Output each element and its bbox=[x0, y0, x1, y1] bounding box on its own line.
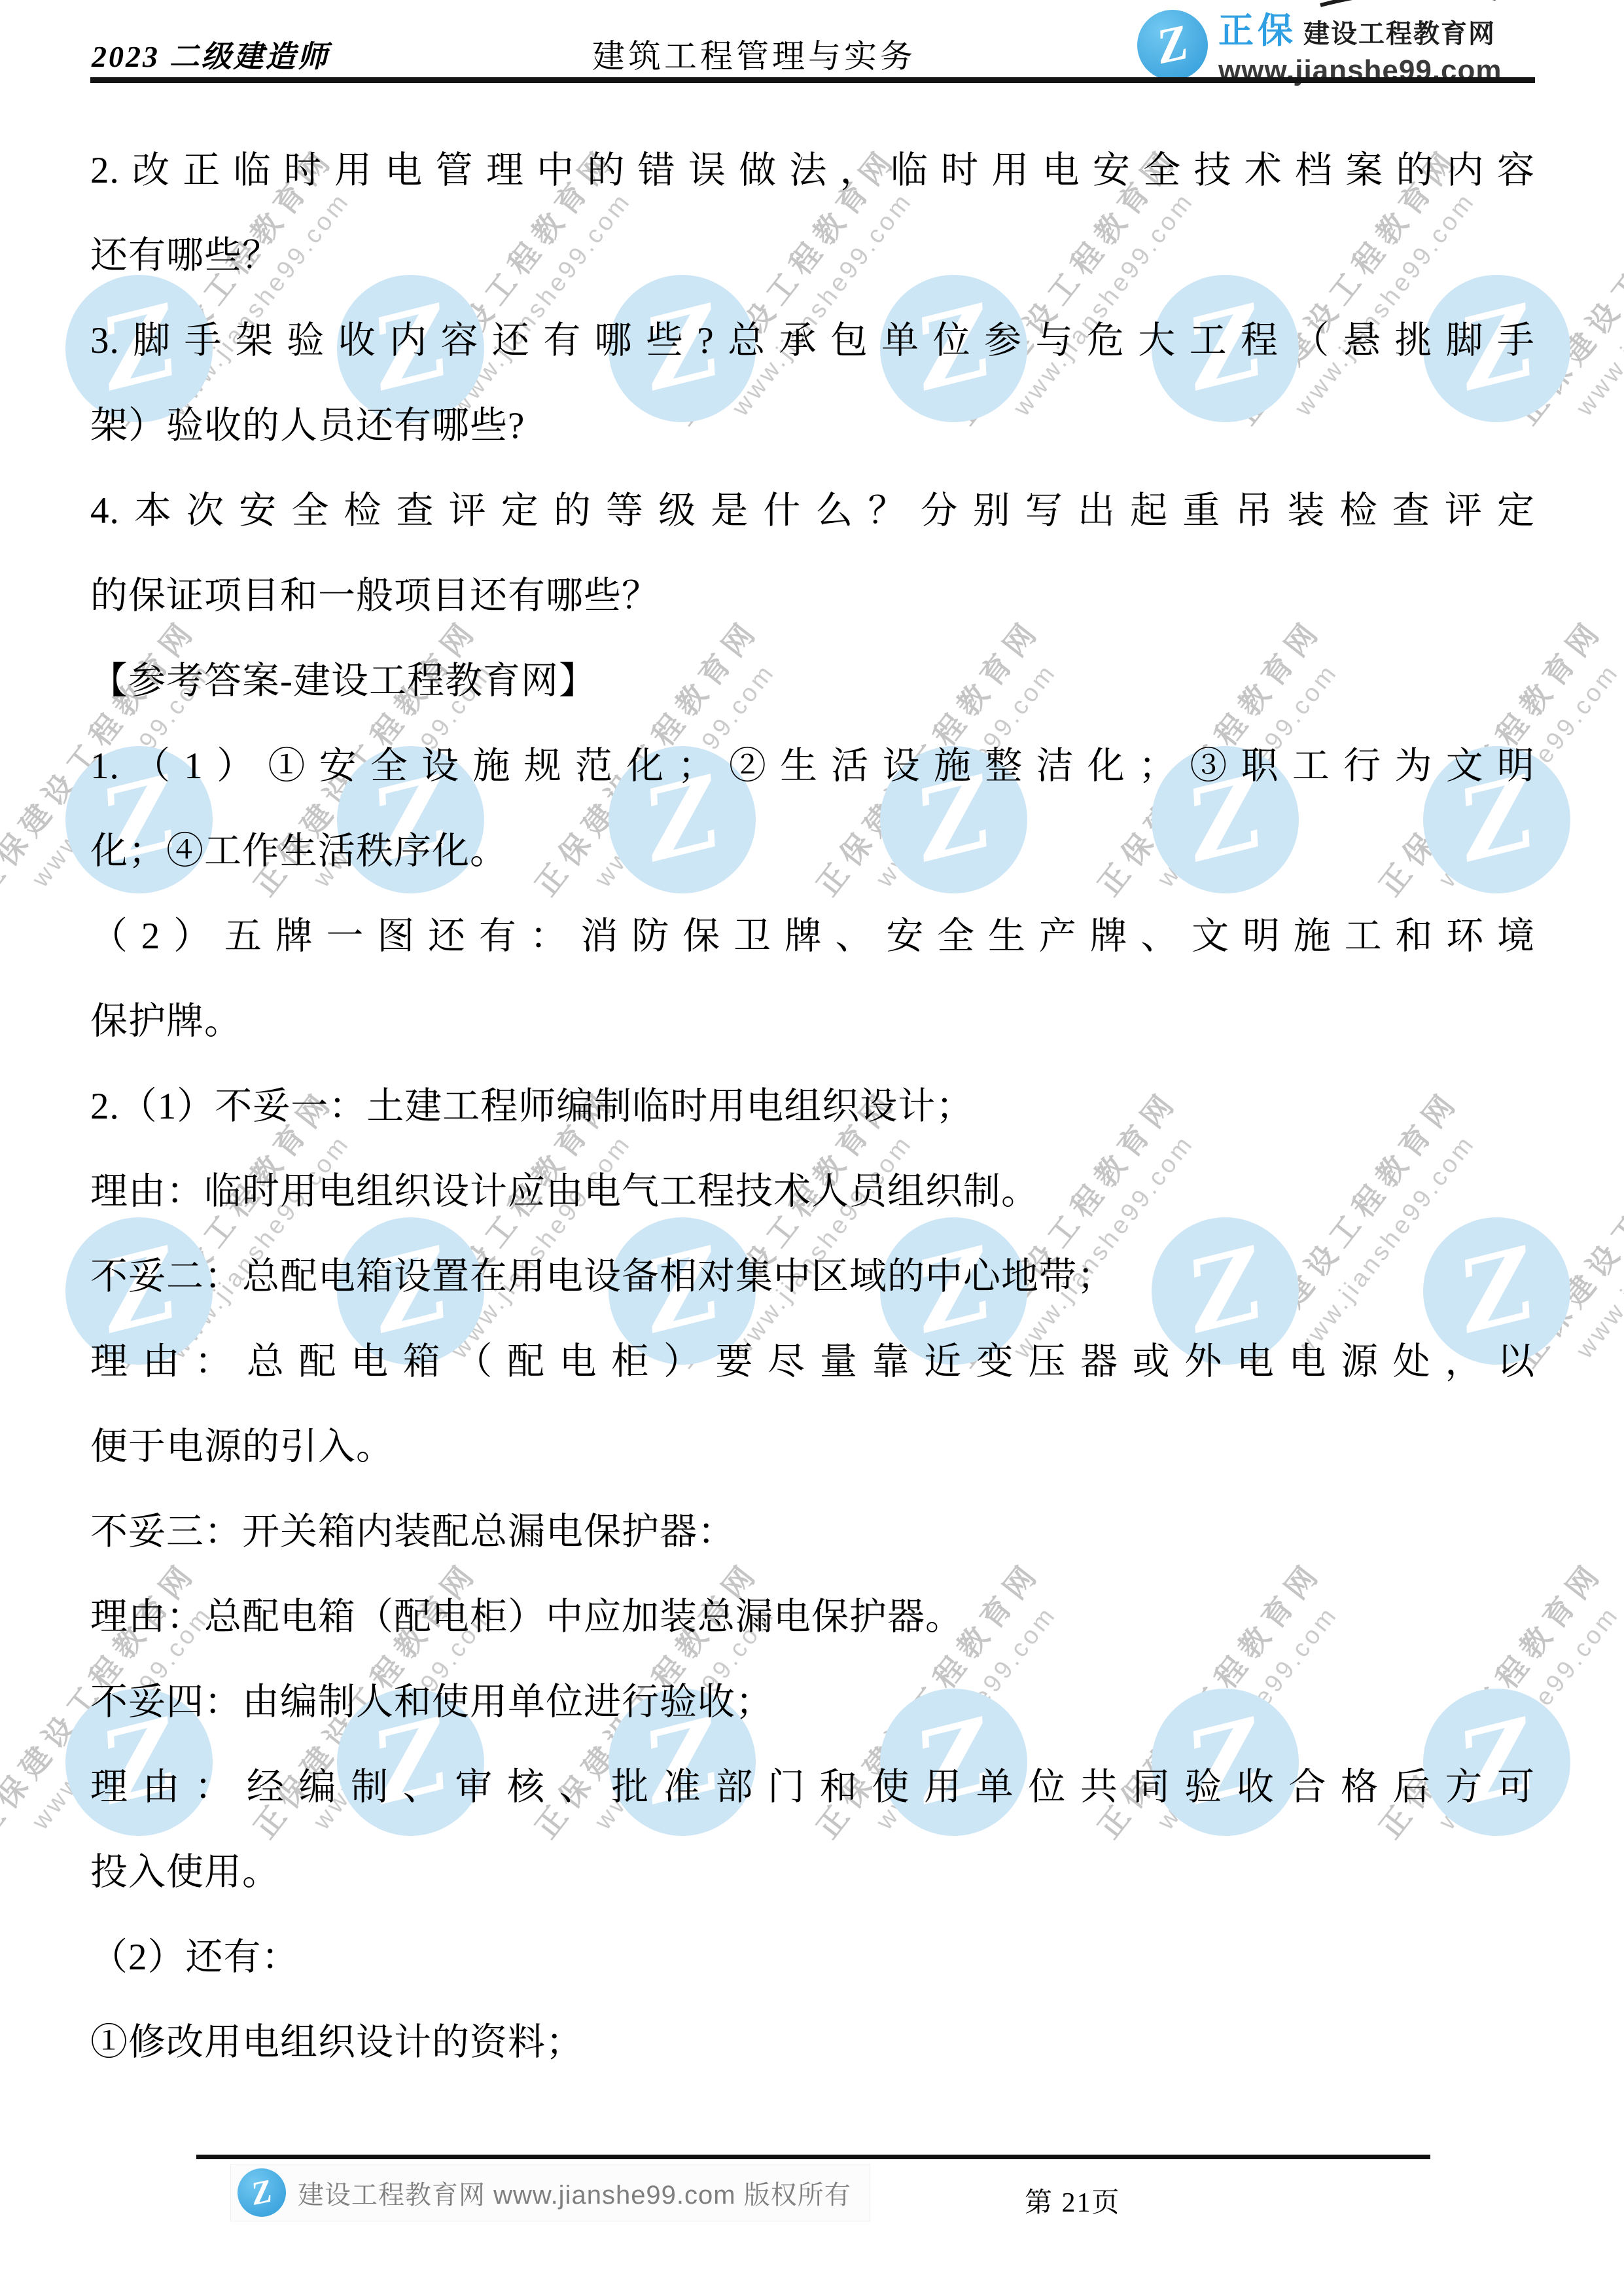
brand-logo-text: 正保 建设工程教育网 www.jianshe99.com bbox=[1218, 3, 1502, 87]
swoosh-arc-icon bbox=[1316, 0, 1500, 8]
text-line: 4.本次安全检查评定的等级是什么？分别写出起重吊装检查评定 bbox=[90, 469, 1535, 554]
text-line: 【参考答案-建设工程教育网】 bbox=[90, 639, 1535, 724]
copyright-text: 建设工程教育网 www.jianshe99.com 版权所有 bbox=[298, 2174, 851, 2212]
text-line: 不妥四：由编制人和使用单位进行验收； bbox=[90, 1660, 1535, 1745]
brand-name-row: 正保 建设工程教育网 bbox=[1218, 3, 1502, 53]
text-line: 不妥二：总配电箱设置在用电设备相对集中区域的中心地带； bbox=[90, 1234, 1535, 1319]
text-line: 1.（1）①安全设施规范化；②生活设施整洁化；③职工行为文明 bbox=[90, 724, 1535, 809]
text-line: 保护牌。 bbox=[90, 979, 1535, 1064]
text-line: 理由：临时用电组织设计应由电气工程技术人员组织制。 bbox=[90, 1149, 1535, 1234]
watermark-url-text: www.jianshe99.com bbox=[1571, 1111, 1624, 1364]
text-line: 化；④工作生活秩序化。 bbox=[90, 809, 1535, 894]
page-number: 第 21页 bbox=[1025, 2181, 1121, 2220]
footer-z-icon: Z bbox=[238, 2168, 286, 2217]
text-line: 3.脚手架验收内容还有哪些?总承包单位参与危大工程（悬挑脚手 bbox=[90, 298, 1535, 384]
header-divider bbox=[90, 77, 1535, 83]
text-line: 理由：总配电箱（配电柜）要尽量靠近变压器或外电电源处，以 bbox=[90, 1319, 1535, 1405]
text-line: 便于电源的引入。 bbox=[90, 1405, 1535, 1490]
brand-z-letter: Z bbox=[1131, 3, 1214, 86]
header-course-title: 2023 二级建造师 bbox=[92, 33, 330, 76]
document-page: 正保建设工程教育网www.jianshe99.comZ正保建设工程教育网www.… bbox=[0, 0, 1624, 2296]
document-body: 2.改正临时用电管理中的错误做法，临时用电安全技术档案的内容还有哪些？3.脚手架… bbox=[90, 128, 1535, 2085]
footer-divider bbox=[196, 2155, 1430, 2159]
watermark-url-text: www.jianshe99.com bbox=[1571, 168, 1624, 422]
text-line: 还有哪些？ bbox=[90, 213, 1535, 298]
text-line: 的保证项目和一般项目还有哪些？ bbox=[90, 554, 1535, 639]
footer-z-letter: Z bbox=[233, 2164, 291, 2221]
text-line: 不妥三：开关箱内装配总漏电保护器： bbox=[90, 1490, 1535, 1575]
text-line: 架）验收的人员还有哪些? bbox=[90, 384, 1535, 469]
text-line: 2.（1）不妥一：土建工程师编制临时用电组织设计； bbox=[90, 1064, 1535, 1149]
footer-logo: Z 建设工程教育网 www.jianshe99.com 版权所有 bbox=[230, 2164, 870, 2221]
brand-z-icon: Z bbox=[1137, 10, 1208, 81]
text-line: 理由：总配电箱（配电柜）中应加装总漏电保护器。 bbox=[90, 1575, 1535, 1660]
text-line: 理由：经编制、审核、批准部门和使用单位共同验收合格后方可 bbox=[90, 1745, 1535, 1830]
text-line: （2）五牌一图还有：消防保卫牌、安全生产牌、文明施工和环境 bbox=[90, 894, 1535, 979]
header-subject-title: 建筑工程管理与实务 bbox=[592, 30, 916, 77]
text-line: （2）还有： bbox=[90, 1915, 1535, 2000]
text-line: 2.改正临时用电管理中的错误做法，临时用电安全技术档案的内容 bbox=[90, 128, 1535, 213]
brand-name-zhengbao: 正保 bbox=[1218, 3, 1297, 53]
text-line: 投入使用。 bbox=[90, 1830, 1535, 1915]
text-line: ①修改用电组织设计的资料； bbox=[90, 2000, 1535, 2085]
brand-name-network: 建设工程教育网 bbox=[1303, 13, 1496, 50]
brand-logo: Z 正保 建设工程教育网 www.jianshe99.com bbox=[1137, 3, 1502, 87]
